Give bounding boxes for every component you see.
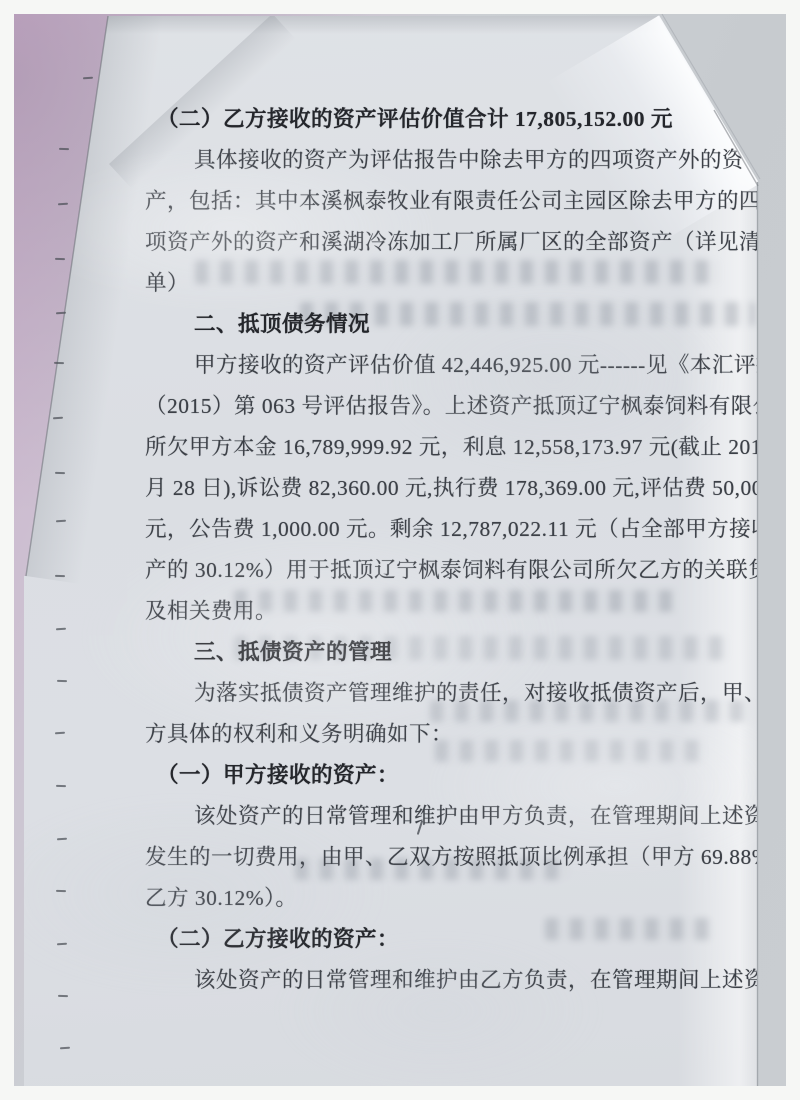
document-line-19: 发生的一切费用，由甲、乙双方按照抵顶比例承担（甲方 69.88%， [145, 842, 767, 883]
document-line-18: 该处资产的日常管理和维护由甲方负责，在管理期间上述资产所 [145, 801, 767, 842]
document-text: （二）乙方接收的资产评估价值合计 17,805,152.00 元具体接收的资产为… [145, 104, 767, 1006]
document-line-5: 单） [145, 268, 767, 309]
document-line-2: 具体接收的资产为评估报告中除去甲方的四项资产外的资 [145, 145, 767, 186]
document-line-11: 元，公告费 1,000.00 元。剩余 12,787,022.11 元（占全部甲… [145, 514, 767, 555]
document-line-4: 项资产外的资产和溪湖冷冻加工厂所属厂区的全部资产（详见清 [145, 227, 767, 268]
document-line-14: 三、抵债资产的管理 [145, 637, 767, 678]
tick-mark [83, 77, 93, 80]
document-line-12: 产的 30.12%）用于抵顶辽宁枫泰饲料有限公司所欠乙方的关联贷款 [145, 555, 767, 596]
paper-page: （二）乙方接收的资产评估价值合计 17,805,152.00 元具体接收的资产为… [14, 14, 786, 1086]
document-line-17: （一）甲方接收的资产： [145, 760, 767, 801]
document-line-6: 二、抵顶债务情况 [145, 309, 767, 350]
tick-mark [59, 148, 69, 151]
document-line-10: 月 28 日),诉讼费 82,360.00 元,执行费 178,369.00 元… [145, 473, 767, 514]
document-line-13: 及相关费用。 [145, 596, 767, 637]
document-line-15: 为落实抵债资产管理维护的责任，对接收抵债资产后，甲、乙双 [145, 678, 767, 719]
scan-frame: （二）乙方接收的资产评估价值合计 17,805,152.00 元具体接收的资产为… [0, 0, 800, 1100]
document-line-20: 乙方 30.12%）。 [145, 883, 767, 924]
document-line-21: （二）乙方接收的资产： [145, 924, 767, 965]
document-line-7: 甲方接收的资产评估价值 42,446,925.00 元------见《本汇评报字 [145, 350, 767, 391]
document-line-1: （二）乙方接收的资产评估价值合计 17,805,152.00 元 [145, 104, 767, 145]
document-line-9: 所欠甲方本金 16,789,999.92 元，利息 12,558,173.97 … [145, 432, 767, 473]
document-line-22: 该处资产的日常管理和维护由乙方负责，在管理期间上述资产所 [145, 965, 767, 1006]
document-line-16: 方具体的权利和义务明确如下： [145, 719, 767, 760]
scanner-background: （二）乙方接收的资产评估价值合计 17,805,152.00 元具体接收的资产为… [14, 14, 786, 1086]
document-line-8: （2015）第 063 号评估报告》。上述资产抵顶辽宁枫泰饲料有限公司 [145, 391, 767, 432]
document-line-3: 产，包括：其中本溪枫泰牧业有限责任公司主园区除去甲方的四 [145, 186, 767, 227]
tick-mark [58, 203, 68, 206]
tick-mark [55, 258, 65, 261]
left-edge-shade [26, 14, 163, 584]
